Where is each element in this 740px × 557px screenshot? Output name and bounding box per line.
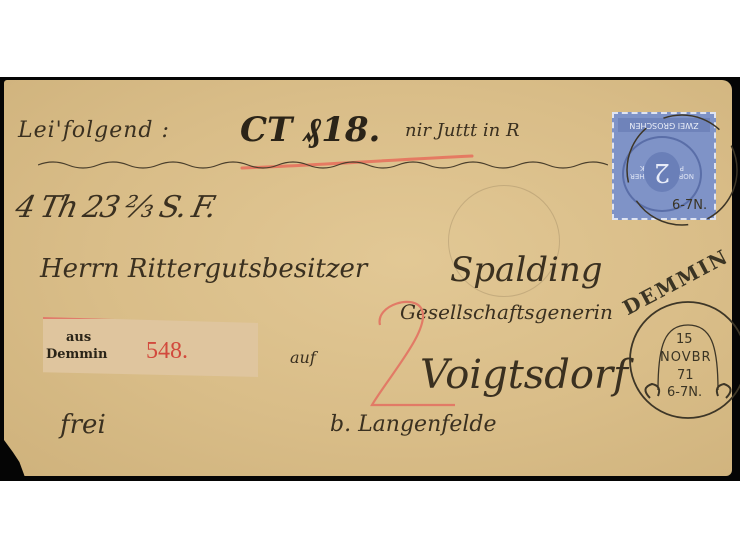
label-city: Demmin bbox=[46, 347, 107, 362]
addressee-name: Spalding bbox=[450, 250, 603, 290]
heading-tail: nir Juttt in R bbox=[405, 120, 520, 141]
red-crayon-mark bbox=[360, 295, 465, 415]
wavy-divider bbox=[38, 158, 608, 172]
postmark-month: NOVBR bbox=[660, 350, 712, 365]
charge-mark: CT ₰18. bbox=[240, 110, 380, 150]
via-text: b. Langenfelde bbox=[330, 412, 497, 437]
heading-script: Lei'folgend : bbox=[18, 118, 170, 143]
postmark-time: 6-7N. bbox=[667, 385, 702, 400]
stamp-postmark bbox=[590, 100, 740, 235]
frei-text: frei bbox=[60, 410, 106, 440]
label-number: 548. bbox=[146, 338, 188, 365]
postmark-day: 15 bbox=[676, 332, 693, 347]
auf-text: auf bbox=[290, 348, 316, 367]
amount-line: 4 Th 23 ⅔ S. F. bbox=[12, 190, 217, 225]
addressee-prefix: Herrn Rittergutsbesitzer bbox=[40, 254, 367, 284]
postmark-year: 71 bbox=[677, 368, 694, 383]
stamp-postmark-time: 6-7N. bbox=[672, 198, 707, 213]
label-prefix: aus bbox=[66, 330, 91, 345]
